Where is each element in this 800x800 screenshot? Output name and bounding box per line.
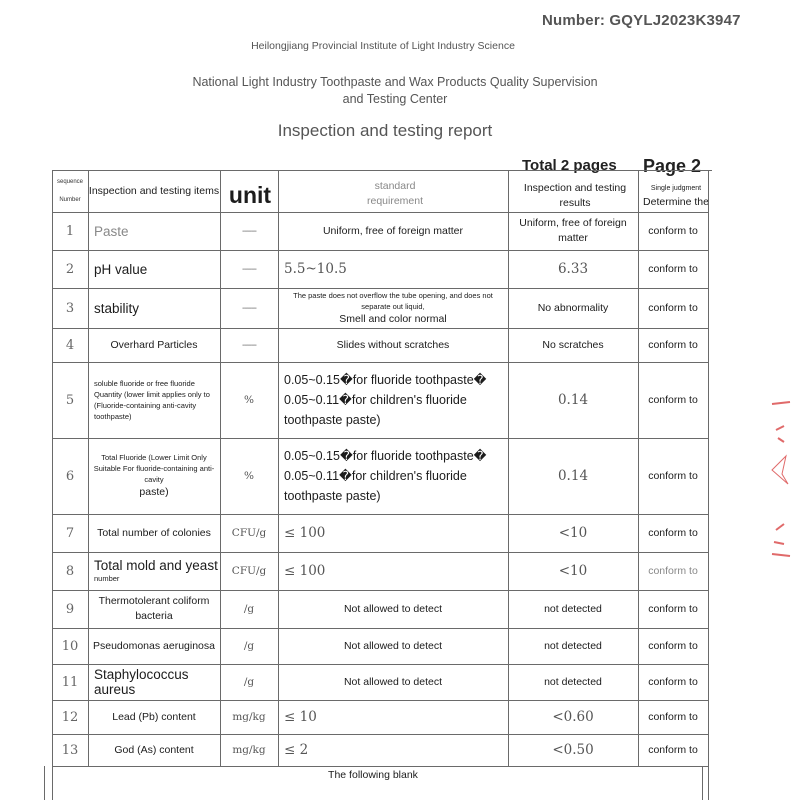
standard-value: ≤ 10: [284, 710, 317, 725]
column-divider: [508, 170, 509, 766]
item-name: God (As) content: [114, 743, 193, 758]
row-judgment: conform to: [638, 328, 708, 362]
seal-icon: [768, 400, 792, 560]
red-seal-stamp: [768, 400, 792, 560]
result-value: 0.14: [558, 469, 588, 484]
column-divider: [702, 766, 703, 800]
unit-value: ------: [242, 338, 256, 353]
standard-value: Uniform, free of foreign matter: [323, 224, 463, 239]
sequence-number: 10: [62, 639, 79, 654]
row-result: not detected: [508, 590, 638, 628]
judgment-value: conform to: [648, 743, 698, 758]
row-divider: [52, 766, 708, 767]
row-unit: CFU/g: [220, 552, 278, 590]
row-unit: /g: [220, 664, 278, 700]
header-sequence-bottom: Number: [59, 191, 80, 209]
row-standard: 0.05~0.15�for fluoride toothpaste�0.05~0…: [278, 362, 508, 438]
column-divider: [44, 766, 45, 800]
unit-value: %: [244, 393, 254, 408]
row-standard: ≤ 2: [278, 734, 508, 766]
row-unit: %: [220, 362, 278, 438]
unit-value: ------: [242, 262, 256, 277]
unit-value: %: [244, 469, 254, 484]
item-name: Lead (Pb) content: [112, 710, 195, 725]
row-result: 6.33: [508, 250, 638, 288]
row-judgment: conform to: [638, 514, 708, 552]
header-item: Inspection and testing items: [88, 172, 220, 210]
row-judgment: conform to: [638, 362, 708, 438]
row-judgment: conform to: [638, 552, 708, 590]
row-divider: [52, 328, 708, 329]
sequence-number: 5: [66, 393, 74, 408]
row-result: not detected: [508, 664, 638, 700]
item-note: number: [94, 573, 119, 584]
result-value: No scratches: [542, 338, 603, 353]
row-unit: %: [220, 438, 278, 514]
item-name: Total Fluoride (Lower Limit Only Suitabl…: [88, 452, 220, 485]
header-judgment: Single judgment Determine the: [640, 178, 712, 214]
result-value: <0.60: [552, 710, 593, 725]
row-sequence: 13: [52, 734, 88, 766]
row-standard: Uniform, free of foreign matter: [278, 212, 508, 250]
item-name: stability: [94, 301, 139, 316]
result-value: No abnormality: [538, 301, 609, 316]
row-sequence: 2: [52, 250, 88, 288]
header-sequence: sequence Number: [52, 170, 88, 212]
item-name: Overhard Particles: [111, 338, 198, 353]
judgment-value: conform to: [648, 262, 698, 277]
row-result: 0.14: [508, 362, 638, 438]
row-judgment: conform to: [638, 212, 708, 250]
row-divider: [52, 514, 708, 515]
item-name: Paste: [94, 224, 129, 239]
row-sequence: 10: [52, 628, 88, 664]
row-judgment: conform to: [638, 734, 708, 766]
judgment-value: conform to: [648, 301, 698, 316]
result-value: 0.14: [558, 393, 588, 408]
row-divider: [52, 664, 708, 665]
row-result: not detected: [508, 628, 638, 664]
row-item: Pseudomonas aeruginosa: [88, 628, 220, 664]
row-item: Paste: [88, 212, 220, 250]
row-standard: Not allowed to detect: [278, 590, 508, 628]
row-divider: [52, 590, 708, 591]
header-standard-line2: requirement: [367, 194, 423, 209]
judgment-value: conform to: [648, 393, 698, 408]
inspection-results-table: sequence Number Inspection and testing i…: [0, 0, 800, 800]
row-item: Lead (Pb) content: [88, 700, 220, 734]
standard-value: Not allowed to detect: [344, 675, 442, 690]
row-item: Total mold and yeastnumber: [88, 552, 220, 590]
unit-value: CFU/g: [232, 526, 266, 541]
item-name: soluble fluoride or free fluoride: [94, 378, 195, 389]
unit-value: ------: [242, 301, 256, 316]
sequence-number: 2: [66, 262, 74, 277]
row-sequence: 8: [52, 552, 88, 590]
row-item: God (As) content: [88, 734, 220, 766]
row-unit: mg/kg: [220, 700, 278, 734]
row-item: Thermotolerant coliform bacteria: [88, 590, 220, 628]
sequence-number: 11: [62, 675, 79, 690]
standard-extra: 0.05~0.11�for children's fluoride toothp…: [284, 390, 508, 430]
item-name: Thermotolerant coliform bacteria: [88, 594, 220, 624]
judgment-value: conform to: [648, 710, 698, 725]
item-name: Total mold and yeast: [94, 558, 218, 573]
row-divider: [52, 700, 708, 701]
row-divider: [52, 438, 708, 439]
row-result: <0.60: [508, 700, 638, 734]
row-divider: [52, 734, 708, 735]
standard-value: The paste does not overflow the tube ope…: [278, 290, 508, 312]
standard-value: ≤ 2: [284, 743, 308, 758]
row-unit: mg/kg: [220, 734, 278, 766]
item-name: Total number of colonies: [97, 526, 211, 541]
row-sequence: 7: [52, 514, 88, 552]
standard-value: ≤ 100: [284, 564, 325, 579]
row-result: <10: [508, 514, 638, 552]
row-standard: Not allowed to detect: [278, 664, 508, 700]
header-item-label: Inspection and testing items: [89, 184, 219, 199]
standard-value: 0.05~0.15�for fluoride toothpaste�: [284, 446, 487, 466]
row-unit: /g: [220, 590, 278, 628]
row-result: No scratches: [508, 328, 638, 362]
result-value: <10: [559, 526, 588, 541]
item-name: pH value: [94, 262, 147, 277]
result-value: 6.33: [558, 262, 588, 277]
row-standard: ≤ 100: [278, 514, 508, 552]
row-divider: [52, 212, 708, 213]
row-sequence: 3: [52, 288, 88, 328]
sequence-number: 7: [66, 526, 74, 541]
row-unit: /g: [220, 628, 278, 664]
standard-extra: Smell and color normal: [339, 312, 446, 327]
standard-value: Not allowed to detect: [344, 602, 442, 617]
header-result-line2: results: [560, 196, 591, 211]
row-item: Total number of colonies: [88, 514, 220, 552]
row-standard: The paste does not overflow the tube ope…: [278, 288, 508, 328]
column-divider: [52, 170, 53, 800]
header-judgment-line1: Determine the: [643, 195, 709, 210]
row-standard: ≤ 100: [278, 552, 508, 590]
result-value: not detected: [544, 675, 602, 690]
row-sequence: 6: [52, 438, 88, 514]
result-value: <10: [559, 564, 588, 579]
judgment-value: conform to: [648, 602, 698, 617]
judgment-value: conform to: [648, 639, 698, 654]
judgment-value: conform to: [648, 675, 698, 690]
row-standard: Not allowed to detect: [278, 628, 508, 664]
row-item: Overhard Particles: [88, 328, 220, 362]
sequence-number: 1: [66, 224, 74, 239]
sequence-number: 6: [66, 469, 74, 484]
sequence-number: 9: [66, 602, 74, 617]
footer-note: The following blank: [44, 766, 702, 784]
row-divider: [52, 628, 708, 629]
judgment-value: conform to: [648, 564, 698, 579]
row-sequence: 4: [52, 328, 88, 362]
row-item: Total Fluoride (Lower Limit Only Suitabl…: [88, 438, 220, 514]
row-divider: [52, 170, 712, 171]
sequence-number: 12: [62, 710, 79, 725]
judgment-value: conform to: [648, 338, 698, 353]
column-divider: [220, 170, 221, 766]
row-unit: ------: [220, 250, 278, 288]
unit-value: CFU/g: [232, 564, 266, 579]
result-value: Uniform, free of foreign matter: [508, 216, 638, 246]
unit-value: ------: [242, 224, 256, 239]
row-item: stability: [88, 288, 220, 328]
unit-value: /g: [244, 639, 254, 654]
unit-value: mg/kg: [232, 710, 265, 725]
row-item: pH value: [88, 250, 220, 288]
row-sequence: 11: [52, 664, 88, 700]
standard-value: Slides without scratches: [337, 338, 450, 353]
row-divider: [52, 250, 708, 251]
row-judgment: conform to: [638, 438, 708, 514]
standard-value: 0.05~0.15�for fluoride toothpaste�: [284, 370, 487, 390]
result-value: <0.50: [552, 743, 593, 758]
row-divider: [52, 288, 708, 289]
row-result: <10: [508, 552, 638, 590]
unit-value: /g: [244, 602, 254, 617]
header-standard-line1: standard: [375, 179, 416, 194]
sequence-number: 4: [66, 338, 74, 353]
unit-value: /g: [244, 675, 254, 690]
row-result: Uniform, free of foreign matter: [508, 212, 638, 250]
row-item: soluble fluoride or free fluorideQuantit…: [88, 362, 220, 438]
header-standard: standard requirement: [280, 174, 510, 214]
footer-note-text: The following blank: [328, 768, 418, 783]
row-standard: ≤ 10: [278, 700, 508, 734]
result-value: not detected: [544, 639, 602, 654]
sequence-number: 13: [62, 743, 79, 758]
sequence-number: 3: [66, 301, 74, 316]
row-sequence: 12: [52, 700, 88, 734]
item-name: Pseudomonas aeruginosa: [93, 639, 215, 654]
column-divider: [278, 170, 279, 766]
row-result: 0.14: [508, 438, 638, 514]
row-result: No abnormality: [508, 288, 638, 328]
row-standard: 5.5~10.5: [278, 250, 508, 288]
header-judgment-small: Single judgment: [651, 183, 701, 195]
row-sequence: 5: [52, 362, 88, 438]
row-standard: Slides without scratches: [278, 328, 508, 362]
standard-value: 5.5~10.5: [284, 262, 347, 277]
row-unit: ------: [220, 328, 278, 362]
row-divider: [52, 362, 708, 363]
column-divider: [638, 170, 639, 766]
row-item: Staphylococcus aureus: [88, 664, 220, 700]
header-sequence-top: sequence: [57, 173, 83, 191]
row-result: <0.50: [508, 734, 638, 766]
row-judgment: conform to: [638, 250, 708, 288]
header-result-line1: Inspection and testing: [524, 181, 626, 196]
standard-value: Not allowed to detect: [344, 639, 442, 654]
item-note: paste): [139, 485, 168, 500]
standard-extra: 0.05~0.11�for children's fluoride toothp…: [284, 466, 508, 506]
item-name: Staphylococcus aureus: [94, 667, 220, 697]
row-unit: ------: [220, 288, 278, 328]
row-unit: CFU/g: [220, 514, 278, 552]
row-judgment: conform to: [638, 664, 708, 700]
standard-value: ≤ 100: [284, 526, 325, 541]
row-sequence: 9: [52, 590, 88, 628]
row-judgment: conform to: [638, 288, 708, 328]
sequence-number: 8: [66, 564, 74, 579]
result-value: not detected: [544, 602, 602, 617]
judgment-value: conform to: [648, 469, 698, 484]
column-divider: [88, 170, 89, 766]
row-judgment: conform to: [638, 590, 708, 628]
row-standard: 0.05~0.15�for fluoride toothpaste�0.05~0…: [278, 438, 508, 514]
header-unit-label: unit: [229, 181, 271, 209]
column-divider: [708, 170, 709, 800]
unit-value: mg/kg: [232, 743, 265, 758]
judgment-value: conform to: [648, 224, 698, 239]
header-result: Inspection and testing results: [510, 176, 640, 216]
row-unit: ------: [220, 212, 278, 250]
row-sequence: 1: [52, 212, 88, 250]
row-judgment: conform to: [638, 628, 708, 664]
row-divider: [52, 552, 708, 553]
row-judgment: conform to: [638, 700, 708, 734]
item-note: Quantity (lower limit applies only to (F…: [94, 389, 220, 422]
judgment-value: conform to: [648, 526, 698, 541]
